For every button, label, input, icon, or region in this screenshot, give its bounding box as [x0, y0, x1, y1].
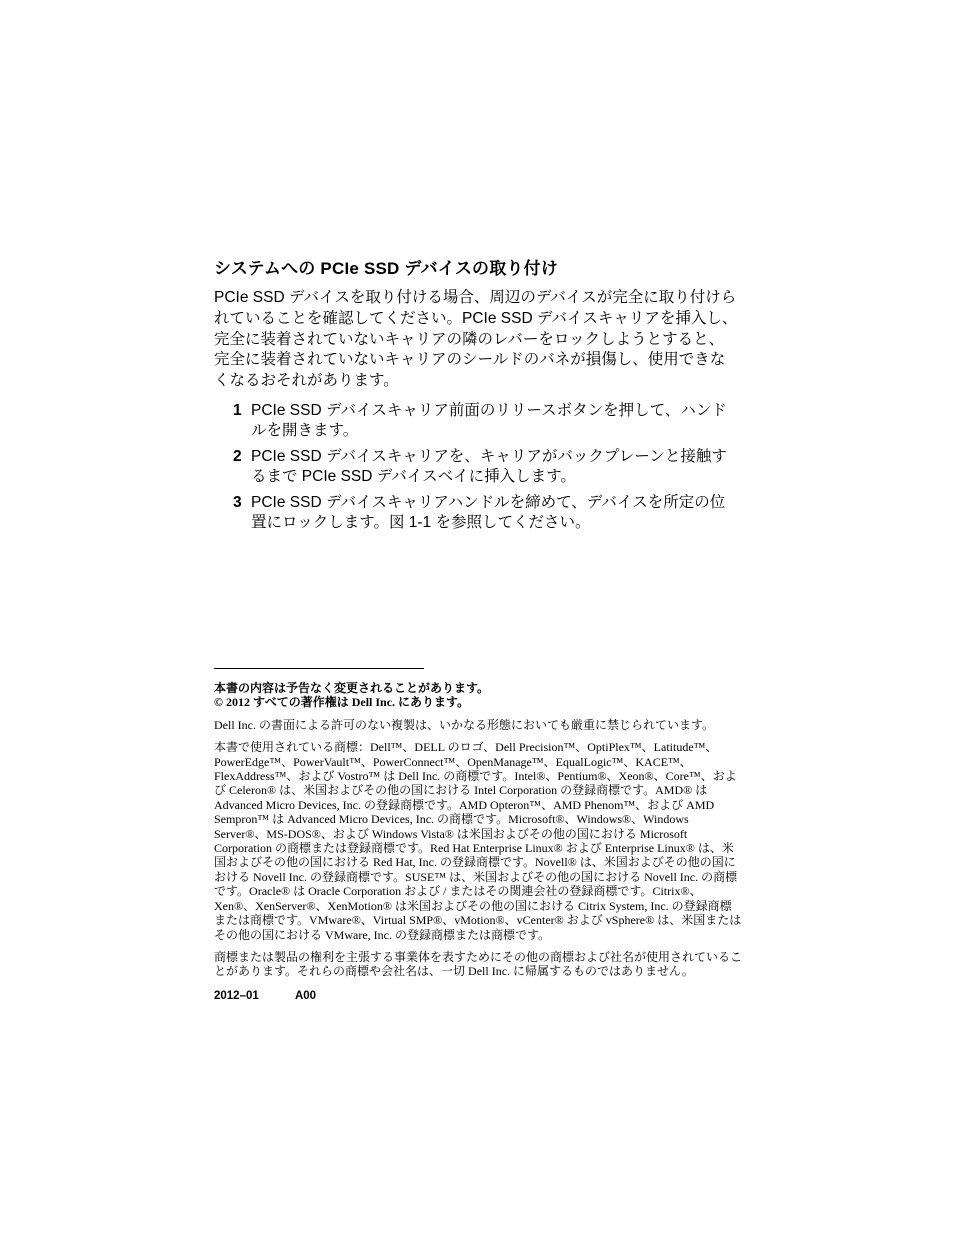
copyright-notice: © 2012 すべての著作権は Dell Inc. にあります。 [214, 695, 742, 709]
step-number: 3 [233, 493, 242, 513]
section-heading: システムへの PCIe SSD デバイスの取り付け [214, 258, 739, 279]
footnote-divider [214, 668, 424, 669]
revision-line: 2012–01 A00 [214, 989, 742, 1003]
colophon: 本書の内容は予告なく変更されることがあります。 © 2012 すべての著作権は … [214, 668, 742, 1003]
reproduction-notice: Dell Inc. の書面による許可のない複製は、いかなる形態においても厳重に禁… [214, 718, 742, 732]
step-item-3: 3 PCIe SSD デバイスキャリアハンドルを締めて、デバイスを所定の位置にロ… [214, 493, 739, 533]
document-page: システムへの PCIe SSD デバイスの取り付け PCIe SSD デバイスを… [0, 0, 954, 1235]
trademark-paragraph: 本書で使用されている商標：Dell™、DELL のロゴ、Dell Precisi… [214, 740, 742, 942]
install-section: システムへの PCIe SSD デバイスの取り付け PCIe SSD デバイスを… [214, 258, 739, 539]
step-number: 2 [233, 447, 242, 467]
other-trademarks-paragraph: 商標または製品の権利を主張する事業体を表すためにその他の商標および社名が使用され… [214, 950, 742, 979]
step-text: PCIe SSD デバイスキャリアハンドルを締めて、デバイスを所定の位置にロック… [251, 494, 725, 531]
change-notice: 本書の内容は予告なく変更されることがあります。 [214, 681, 742, 695]
intro-paragraph: PCIe SSD デバイスを取り付ける場合、周辺のデバイスが完全に取り付けられて… [214, 288, 739, 392]
revision-code: A00 [295, 989, 316, 1003]
document-date: 2012–01 [214, 990, 259, 1002]
step-item-1: 1 PCIe SSD デバイスキャリア前面のリリースボタンを押して、ハンドルを開… [214, 401, 739, 441]
step-item-2: 2 PCIe SSD デバイスキャリアを、キャリアがバックプレーンと接触するまで… [214, 447, 739, 487]
step-text: PCIe SSD デバイスキャリアを、キャリアがバックプレーンと接触するまで P… [251, 448, 727, 485]
step-number: 1 [233, 401, 242, 421]
steps-list: 1 PCIe SSD デバイスキャリア前面のリリースボタンを押して、ハンドルを開… [214, 401, 739, 533]
step-text: PCIe SSD デバイスキャリア前面のリリースボタンを押して、ハンドルを開きま… [251, 402, 727, 439]
